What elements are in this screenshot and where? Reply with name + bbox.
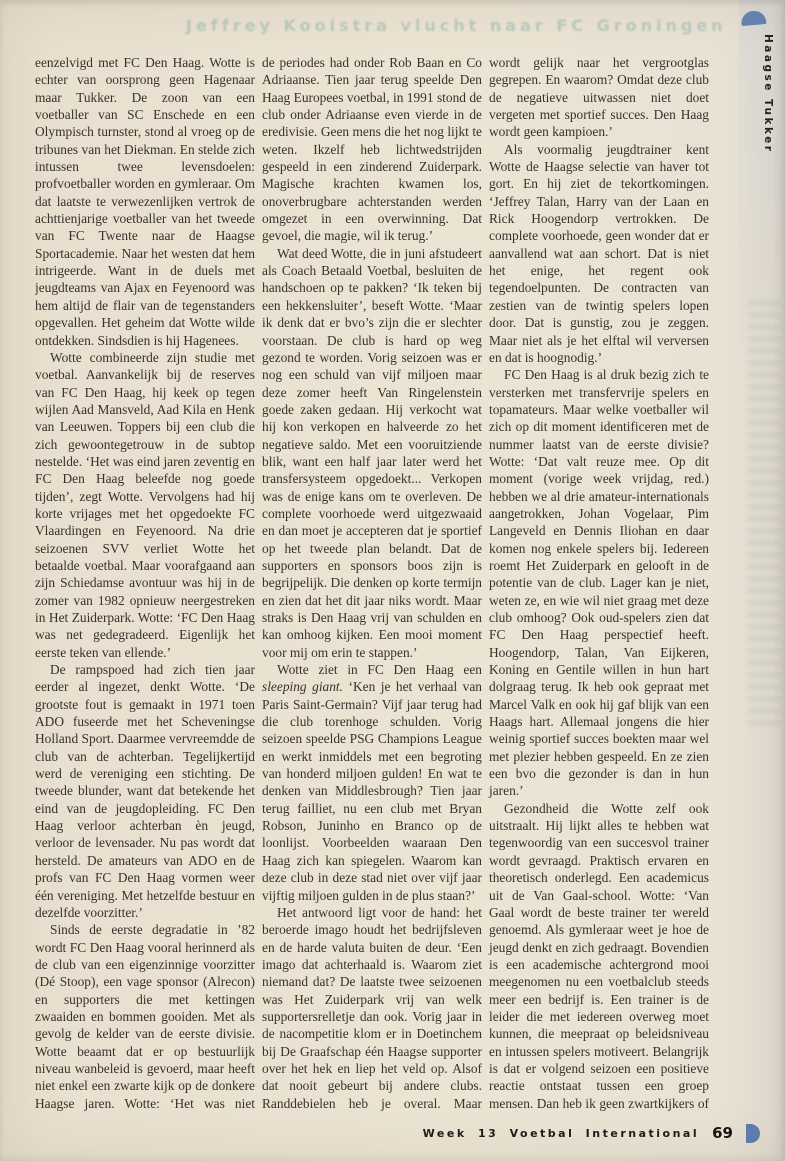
paragraph: FC Den Haag is al druk bezig zich te ver… [489,366,709,800]
article-body: eenzelvigd met FC Den Haag. Wotte is ech… [35,54,709,1112]
paragraph-text: ‘Ken je het verhaal van Paris Saint-Germ… [262,679,482,902]
paragraph: Wat deed Wotte, die in juni afstudeert a… [262,245,482,661]
footer-marker-icon [746,1124,760,1143]
article-column-1: eenzelvigd met FC Den Haag. Wotte is ech… [35,54,255,1112]
magazine-page: Jeffrey Kooistra vlucht naar FC Groninge… [0,0,785,1161]
article-column-3: wordt gelijk naar het vergrootglas gegre… [489,54,709,1112]
paragraph: de periodes had onder Rob Baan en Co Adr… [262,54,482,245]
page-footer: Week 13 Voetbal International 69 [0,1121,760,1145]
paragraph: Het antwoord ligt voor de hand: het bero… [262,904,482,1112]
paragraph: Wotte combineerde zijn studie met voetba… [35,349,255,661]
italic-phrase: sleeping giant. [262,679,343,694]
section-label: Haagse Tukker [762,34,774,153]
paragraph: eenzelvigd met FC Den Haag. Wotte is ech… [35,54,255,349]
paragraph: wordt gelijk naar het vergrootglas gegre… [489,54,709,141]
bleedthrough-ghost-text [748,300,780,730]
paragraph-text: Wotte ziet in FC Den Haag een [277,662,482,677]
article-column-2: de periodes had onder Rob Baan en Co Adr… [262,54,482,1112]
bleedthrough-headline: Jeffrey Kooistra vlucht naar FC Groninge… [186,16,752,35]
paragraph: Sinds de eerste degradatie in ’82 wordt … [35,921,255,1112]
page-number: 69 [712,1124,733,1142]
paragraph: Wotte ziet in FC Den Haag een sleeping g… [262,661,482,904]
issue-label: Week 13 Voetbal International [423,1127,699,1140]
paragraph: Als voormalig jeugdtrainer kent Wotte de… [489,141,709,366]
paragraph: Gezondheid die Wotte zelf ook uitstraalt… [489,800,709,1112]
paragraph: De rampspoed had zich tien jaar eerder a… [35,661,255,921]
